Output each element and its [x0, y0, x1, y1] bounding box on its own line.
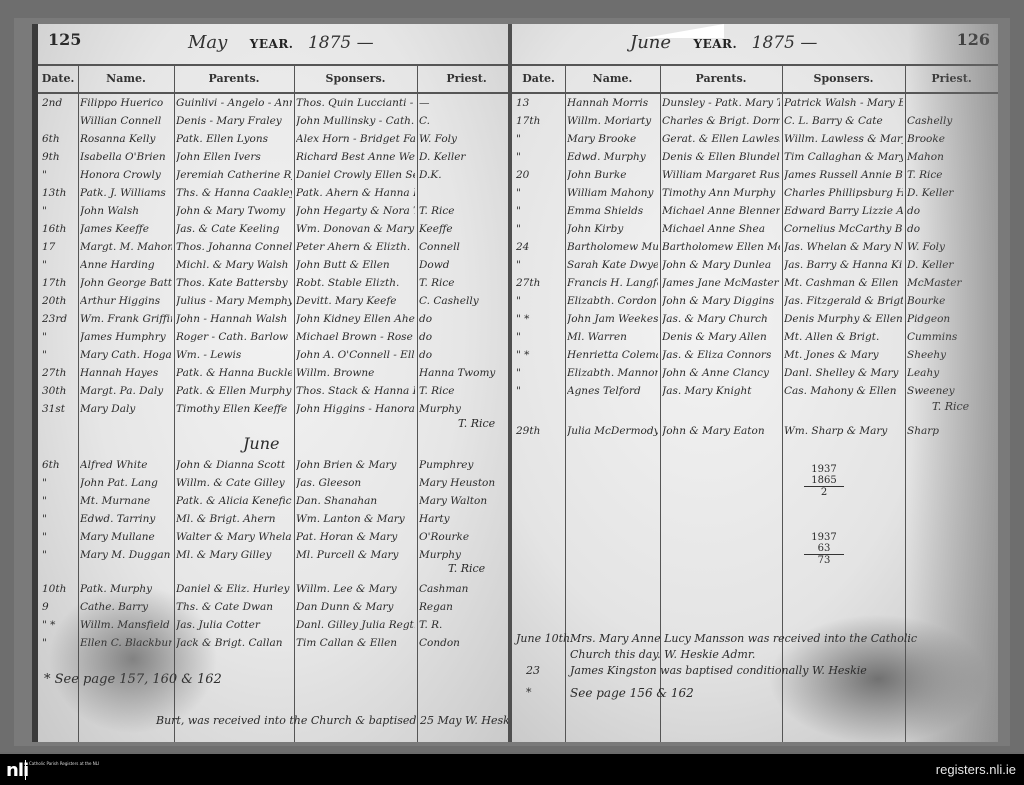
month-label: May [188, 32, 227, 53]
table-row: " John Walsh John & Mary Twomy John Hega… [38, 202, 516, 220]
sponsors-cell: John Higgins - Hanora [296, 400, 415, 418]
name-cell: Mary Cath. Hogan [80, 346, 172, 364]
table-row: " Edwd. Murphy Denis & Ellen Blundell Ti… [512, 148, 998, 166]
sponsors-cell: Robt. Stable Elizth. [296, 274, 415, 292]
date-cell: " [42, 528, 76, 546]
sponsors-cell: Daniel Crowly Ellen Sealy [296, 166, 415, 184]
name-cell: Ml. Warren [567, 328, 658, 346]
name-cell: Isabella O'Brien [80, 148, 172, 166]
date-cell: " [516, 328, 563, 346]
column-header-row: Date. Name. Parents. Sponsers. Priest. [38, 64, 516, 94]
priest-cell: D. Keller [419, 148, 514, 166]
date-cell: " * [42, 616, 76, 634]
note-text: James Kingston was baptised conditionall… [570, 664, 867, 677]
name-cell: Cathe. Barry [80, 598, 172, 616]
date-cell: 29th [516, 422, 563, 440]
priest-cell: Sweeney [907, 382, 996, 400]
parents-cell: Dunsley - Patk. Mary Terry [662, 94, 780, 112]
sponsors-cell: Patk. Ahern & Hanna Kelly [296, 184, 415, 202]
table-row: 13th Patk. J. Williams Ths. & Hanna Caak… [38, 184, 516, 202]
table-row: 2nd Filippo Huerico Guinlivi - Angelo - … [38, 94, 516, 112]
date-cell: 10th [42, 580, 76, 598]
sponsors-cell: Tim Callaghan & Mary [784, 148, 903, 166]
sponsors-cell: Dan Dunn & Mary [296, 598, 415, 616]
column-header-priest: Priest. [417, 66, 516, 92]
date-cell: " [42, 474, 76, 492]
table-row: 9 Cathe. Barry Ths. & Cate Dwan Dan Dunn… [38, 598, 516, 616]
logo-separator [25, 760, 26, 780]
parents-cell: Bartholomew Ellen McCarthy [662, 238, 780, 256]
date-cell: " [516, 382, 563, 400]
parents-cell: John & Mary Diggins [662, 292, 780, 310]
left-page: 125 May YEAR. 1875 — Date. Name. Parents… [32, 24, 516, 742]
parents-cell: Ths. & Hanna Caakley [176, 184, 292, 202]
parents-cell: Patk. & Ellen Murphy [176, 382, 292, 400]
table-row: 17th Willm. Moriarty Charles & Brigt. Do… [512, 112, 998, 130]
name-cell: Francis H. Langford [567, 274, 658, 292]
asterisk-mark: * [526, 686, 532, 699]
parents-cell: Ml. & Brigt. Ahern [176, 510, 292, 528]
sponsors-cell: Wm. Donovan & Mary [296, 220, 415, 238]
date-cell: " [42, 546, 76, 564]
priest-signature: T. Rice [458, 417, 495, 430]
name-cell: Alfred White [80, 456, 172, 474]
name-cell: Bartholomew Mulcahy [567, 238, 658, 256]
logo-subtitle: Catholic Parish Registers at the NLI [29, 761, 99, 766]
table-row: " Mary Brooke Gerat. & Ellen Lawless Wil… [512, 130, 998, 148]
date-cell: " * [516, 346, 563, 364]
name-cell: Henrietta Coleman [567, 346, 658, 364]
priest-cell: do [419, 346, 514, 364]
table-row: " Agnes Telford Jas. Mary Knight Cas. Ma… [512, 382, 998, 400]
calc-top: 1937 [804, 532, 844, 543]
date-cell: 2nd [42, 94, 76, 112]
table-row: 10th Patk. Murphy Daniel & Eliz. Hurley … [38, 580, 516, 598]
sponsors-cell: John Hegarty & Nora Twomy [296, 202, 415, 220]
priest-cell: Mahon [907, 148, 996, 166]
priest-cell: D. Keller [907, 256, 996, 274]
priest-cell: Cashman [419, 580, 514, 598]
parents-cell: John Ellen Ivers [176, 148, 292, 166]
name-cell: Ellen C. Blackburn [80, 634, 172, 652]
sponsors-cell: John Brien & Mary [296, 456, 415, 474]
date-cell: " [42, 634, 76, 652]
parents-cell: Jack & Brigt. Callan [176, 634, 292, 652]
parents-cell: Ths. & Cate Dwan [176, 598, 292, 616]
priest-cell: C. [419, 112, 514, 130]
date-cell: 13 [516, 94, 563, 112]
date-cell: 9th [42, 148, 76, 166]
date-cell: " [42, 328, 76, 346]
priest-cell: Bourke [907, 292, 996, 310]
reception-note: Burt, was received into the Church & bap… [156, 714, 516, 727]
date-cell: 9 [42, 598, 76, 616]
sponsors-cell: Peter Ahern & Elizth. [296, 238, 415, 256]
column-header-date: Date. [38, 66, 78, 92]
year-value: 1875 — [752, 33, 818, 53]
name-cell: Patk. J. Williams [80, 184, 172, 202]
sponsors-cell: Michael Brown - Rose Mulligan [296, 328, 415, 346]
priest-cell: W. Foly [907, 238, 996, 256]
priest-cell: Condon [419, 634, 514, 652]
parents-cell: Denis & Mary Allen [662, 328, 780, 346]
sponsors-cell: Denis Murphy & Ellen [784, 310, 903, 328]
sponsors-cell: Devitt. Mary Keefe [296, 292, 415, 310]
priest-cell: T. Rice [419, 202, 514, 220]
table-row: " Honora Crowly Jeremiah Catherine Ryan … [38, 166, 516, 184]
date-cell: 17 [42, 238, 76, 256]
name-cell: William Mahony [567, 184, 658, 202]
priest-cell: Leahy [907, 364, 996, 382]
table-row: " Edwd. Tarriny Ml. & Brigt. Ahern Wm. L… [38, 510, 516, 528]
priest-cell: Brooke [907, 130, 996, 148]
date-cell: " [516, 364, 563, 382]
priest-cell: T. Rice [907, 166, 996, 184]
table-row: " Mary Cath. Hogan Wm. - Lewis John A. O… [38, 346, 516, 364]
sponsors-cell: Jas. Gleeson [296, 474, 415, 492]
name-cell: John Jam Weekes [567, 310, 658, 328]
name-cell: Mary Mullane [80, 528, 172, 546]
name-cell: John Burke [567, 166, 658, 184]
calc-bottom: 73 [804, 555, 844, 566]
name-cell: Margt. Pa. Daly [80, 382, 172, 400]
parents-cell: Jas. & Eliza Connors [662, 346, 780, 364]
name-cell: Sarah Kate Dwyer [567, 256, 658, 274]
priest-cell: Hanna Twomy [419, 364, 514, 382]
priest-cell: do [907, 202, 996, 220]
table-row: " Emma Shields Michael Anne Blennerhasse… [512, 202, 998, 220]
table-row: 17 Margt. M. Mahon Thos. Johanna Connell… [38, 238, 516, 256]
priest-cell: O'Rourke [419, 528, 514, 546]
priest-cell: Dowd [419, 256, 514, 274]
priest-cell: T. Rice [419, 382, 514, 400]
name-cell: Mary M. Duggan [80, 546, 172, 564]
priest-cell: T. R. [419, 616, 514, 634]
date-cell: 27th [42, 364, 76, 382]
table-row: " Sarah Kate Dwyer John & Mary Dunlea Ja… [512, 256, 998, 274]
priest-cell: Regan [419, 598, 514, 616]
name-cell: Agnes Telford [567, 382, 658, 400]
sponsors-cell: C. L. Barry & Cate [784, 112, 903, 130]
margin-calculation: 1937 1865 2 [804, 464, 844, 498]
parents-cell: William Margaret Russell [662, 166, 780, 184]
calc-bottom: 2 [804, 487, 844, 498]
sponsors-cell: Willm. Browne [296, 364, 415, 382]
column-header-row: Date. Name. Parents. Sponsers. Priest. [512, 64, 998, 94]
parents-cell: Timothy Ellen Keeffe [176, 400, 292, 418]
date-cell: 17th [516, 112, 563, 130]
date-cell: 17th [42, 274, 76, 292]
column-header-date: Date. [512, 66, 565, 92]
priest-signature: T. Rice [932, 400, 969, 413]
column-header-name: Name. [565, 66, 660, 92]
parents-cell: John & Mary Twomy [176, 202, 292, 220]
table-row: 23rd Wm. Frank Griffin John - Hannah Wal… [38, 310, 516, 328]
table-row: 27th Hannah Hayes Patk. & Hanna Buckley … [38, 364, 516, 382]
sponsors-cell: Thos. Stack & Hanna Hanly [296, 382, 415, 400]
sponsors-cell: Willm. Lawless & Mary [784, 130, 903, 148]
column-header-sponsors: Sponsers. [294, 66, 417, 92]
date-cell [42, 112, 76, 130]
page-title: May YEAR. 1875 — [188, 32, 374, 53]
table-row: " James Humphry Roger - Cath. Barlow Mic… [38, 328, 516, 346]
register-book: 125 May YEAR. 1875 — Date. Name. Parents… [14, 18, 1010, 746]
parents-cell: John & Dianna Scott [176, 456, 292, 474]
name-cell: Patk. Murphy [80, 580, 172, 598]
priest-cell: McMaster [907, 274, 996, 292]
table-row: 16th James Keeffe Jas. & Cate Keeling Wm… [38, 220, 516, 238]
name-cell: Anne Harding [80, 256, 172, 274]
name-cell: Elizabth. Cordon [567, 292, 658, 310]
date-cell: " [516, 202, 563, 220]
priest-cell: Keeffe [419, 220, 514, 238]
priest-cell: do [419, 328, 514, 346]
sponsors-cell: Thos. Quin Luccianti - Philomena Guilk [296, 94, 415, 112]
calc-middle: 1865 [804, 475, 844, 487]
parents-cell: Jas. Julia Cotter [176, 616, 292, 634]
name-cell: Elizabth. Mannon [567, 364, 658, 382]
date-cell: " [42, 202, 76, 220]
priest-signature: T. Rice [448, 562, 485, 575]
sponsors-cell: Wm. Lanton & Mary [296, 510, 415, 528]
sponsors-cell: Jas. Whelan & Mary Nash [784, 238, 903, 256]
name-cell: Honora Crowly [80, 166, 172, 184]
name-cell: Mt. Murnane [80, 492, 172, 510]
table-row: 30th Margt. Pa. Daly Patk. & Ellen Murph… [38, 382, 516, 400]
note-date: June 10th [516, 632, 570, 645]
sponsors-cell: Pat. Horan & Mary [296, 528, 415, 546]
parents-cell: James Jane McMaster [662, 274, 780, 292]
name-cell: John Pat. Lang [80, 474, 172, 492]
table-row: " Elizabth. Cordon John & Mary Diggins J… [512, 292, 998, 310]
date-cell: 20 [516, 166, 563, 184]
name-cell: John Walsh [80, 202, 172, 220]
sponsors-cell: Danl. Gilley Julia Regt. [296, 616, 415, 634]
parents-cell: Charles & Brigt. Dorman [662, 112, 780, 130]
parents-cell: Timothy Ann Murphy [662, 184, 780, 202]
parents-cell: Jas. & Cate Keeling [176, 220, 292, 238]
table-row: " * Henrietta Coleman Jas. & Eliza Conno… [512, 346, 998, 364]
table-row: " * John Jam Weekes Jas. & Mary Church D… [512, 310, 998, 328]
section-heading-june: June [243, 434, 280, 453]
name-cell: Willm. Moriarty [567, 112, 658, 130]
parents-cell: John & Mary Dunlea [662, 256, 780, 274]
name-cell: John George Battersby Williams [80, 274, 172, 292]
parents-cell: Jas. Mary Knight [662, 382, 780, 400]
name-cell: Wm. Frank Griffin [80, 310, 172, 328]
parents-cell: Walter & Mary Whelan [176, 528, 292, 546]
table-row: 20 John Burke William Margaret Russell J… [512, 166, 998, 184]
parents-cell: Denis & Ellen Blundell [662, 148, 780, 166]
table-row: 20th Arthur Higgins Julius - Mary Memphy… [38, 292, 516, 310]
note-text: Mrs. Mary Anne Lucy Mansson was received… [570, 632, 917, 645]
sponsors-cell: John Butt & Ellen [296, 256, 415, 274]
sponsors-cell: Cas. Mahony & Ellen [784, 382, 903, 400]
sponsors-cell: Tim Callan & Ellen [296, 634, 415, 652]
priest-cell: Cummins [907, 328, 996, 346]
priest-cell: Cashelly [907, 112, 996, 130]
sponsors-cell: Mt. Jones & Mary [784, 346, 903, 364]
sponsors-cell: John A. O'Connell - Ellen O'Kelly [296, 346, 415, 364]
parents-cell: Michl. & Mary Walsh [176, 256, 292, 274]
parents-cell: Jas. & Mary Church [662, 310, 780, 328]
date-cell: 24 [516, 238, 563, 256]
date-cell: " [42, 256, 76, 274]
calc-top: 1937 [804, 464, 844, 475]
name-cell: Arthur Higgins [80, 292, 172, 310]
parents-cell: Jeremiah Catherine Ryan [176, 166, 292, 184]
sponsors-cell: Danl. Shelley & Mary [784, 364, 903, 382]
sponsors-cell: Mt. Allen & Brigt. [784, 328, 903, 346]
parents-cell: Guinlivi - Angelo - Anna [176, 94, 292, 112]
date-cell: 16th [42, 220, 76, 238]
sponsors-cell: Wm. Sharp & Mary [784, 422, 903, 440]
parents-cell: Thos. Johanna Connell [176, 238, 292, 256]
date-cell: " * [516, 310, 563, 328]
name-cell: Willm. Mansfield [80, 616, 172, 634]
name-cell: Rosanna Kelly [80, 130, 172, 148]
table-row: 24 Bartholomew Mulcahy Bartholomew Ellen… [512, 238, 998, 256]
date-cell: " [516, 130, 563, 148]
sponsors-cell: Richard Best Anne Weldon [296, 148, 415, 166]
date-cell: 30th [42, 382, 76, 400]
date-cell: " [516, 184, 563, 202]
table-row: " John Kirby Michael Anne Shea Cornelius… [512, 220, 998, 238]
priest-cell: Sheehy [907, 346, 996, 364]
table-row: 27th Francis H. Langford James Jane McMa… [512, 274, 998, 292]
name-cell: Emma Shields [567, 202, 658, 220]
priest-cell: C. Cashelly [419, 292, 514, 310]
note-text: See page 156 & 162 [570, 686, 694, 700]
column-header-parents: Parents. [660, 66, 782, 92]
parents-cell: Daniel & Eliz. Hurley [176, 580, 292, 598]
parents-cell: Gerat. & Ellen Lawless [662, 130, 780, 148]
page-number: 126 [957, 30, 990, 49]
table-row: 29th Julia McDermody John & Mary Eaton W… [512, 422, 998, 440]
name-cell: Edwd. Tarriny [80, 510, 172, 528]
page-tear [644, 24, 724, 38]
priest-cell [907, 94, 996, 112]
parents-cell: Patk. Ellen Lyons [176, 130, 292, 148]
name-cell: Edwd. Murphy [567, 148, 658, 166]
parents-cell: Willm. & Cate Gilley [176, 474, 292, 492]
priest-cell: do [419, 310, 514, 328]
table-row: " Ml. Warren Denis & Mary Allen Mt. Alle… [512, 328, 998, 346]
footer-bar: nli Catholic Parish Registers at the NLI… [0, 754, 1024, 785]
table-row: 17th John George Battersby Williams Thos… [38, 274, 516, 292]
table-row: " Elizabth. Mannon John & Anne Clancy Da… [512, 364, 998, 382]
sponsors-cell: John Kidney Ellen Aherne [296, 310, 415, 328]
name-cell: Hannah Hayes [80, 364, 172, 382]
sponsors-cell: Jas. Barry & Hanna King [784, 256, 903, 274]
column-header-name: Name. [78, 66, 174, 92]
table-row: " Mary Mullane Walter & Mary Whelan Pat.… [38, 528, 516, 546]
name-cell: Mary Brooke [567, 130, 658, 148]
date-cell: " [516, 256, 563, 274]
name-cell: Hannah Morris [567, 94, 658, 112]
priest-cell: Pidgeon [907, 310, 996, 328]
sponsors-cell: John Mullinsky - Cath. Walsh [296, 112, 415, 130]
sponsors-cell: Ml. Purcell & Mary [296, 546, 415, 564]
date-cell: " [42, 166, 76, 184]
sponsors-cell: Mt. Cashman & Ellen [784, 274, 903, 292]
date-cell: 13th [42, 184, 76, 202]
priest-cell: D. Keller [907, 184, 996, 202]
column-header-parents: Parents. [174, 66, 294, 92]
document-viewer: 125 May YEAR. 1875 — Date. Name. Parents… [0, 0, 1024, 752]
sponsors-cell: Willm. Lee & Mary [296, 580, 415, 598]
table-row: " Mary M. Duggan Ml. & Mary Gilley Ml. P… [38, 546, 516, 564]
table-row: " * Willm. Mansfield Jas. Julia Cotter D… [38, 616, 516, 634]
sponsors-cell: Edward Barry Lizzie Ahern [784, 202, 903, 220]
parents-cell: Michael Anne Blennerhassett [662, 202, 780, 220]
priest-cell: — [419, 94, 514, 112]
table-row: 13 Hannah Morris Dunsley - Patk. Mary Te… [512, 94, 998, 112]
parents-cell: Thos. Kate Battersby [176, 274, 292, 292]
date-cell: 23rd [42, 310, 76, 328]
parents-cell: Michael Anne Shea [662, 220, 780, 238]
column-header-sponsors: Sponsers. [782, 66, 905, 92]
priest-cell: Mary Walton [419, 492, 514, 510]
parents-cell: Patk. & Alicia Kenefick [176, 492, 292, 510]
date-cell: " [516, 148, 563, 166]
parents-cell: Patk. & Hanna Buckley [176, 364, 292, 382]
site-link[interactable]: registers.nli.ie [936, 762, 1016, 777]
name-cell: Willian Connell [80, 112, 172, 130]
priest-cell: W. Foly [419, 130, 514, 148]
date-cell: " [42, 510, 76, 528]
parents-cell: John - Hannah Walsh [176, 310, 292, 328]
name-cell: Margt. M. Mahon [80, 238, 172, 256]
priest-cell: T. Rice [419, 274, 514, 292]
table-row: " William Mahony Timothy Ann Murphy Char… [512, 184, 998, 202]
table-row: 31st Mary Daly Timothy Ellen Keeffe John… [38, 400, 516, 418]
priest-cell: Connell [419, 238, 514, 256]
page-number: 125 [48, 30, 81, 49]
note-date: 23 [526, 664, 540, 677]
priest-cell: Pumphrey [419, 456, 514, 474]
date-cell: 6th [42, 456, 76, 474]
year-label: YEAR. [250, 37, 294, 51]
see-page-note: * See page 157, 160 & 162 [44, 672, 222, 687]
date-cell: " [42, 492, 76, 510]
parents-cell: Wm. - Lewis [176, 346, 292, 364]
date-cell: 31st [42, 400, 76, 418]
table-row: 6th Alfred White John & Dianna Scott Joh… [38, 456, 516, 474]
date-cell: " [42, 346, 76, 364]
priest-cell: Mary Heuston [419, 474, 514, 492]
sponsors-cell: James Russell Annie Burke [784, 166, 903, 184]
sponsors-cell: Jas. Fitzgerald & Brigt. [784, 292, 903, 310]
right-page: 126 June YEAR. 1875 — Date. Name. Parent… [512, 24, 998, 742]
priest-cell: Murphy [419, 400, 514, 418]
date-cell: " [516, 220, 563, 238]
date-cell: 6th [42, 130, 76, 148]
name-cell: Mary Daly [80, 400, 172, 418]
name-cell: Filippo Huerico [80, 94, 172, 112]
parents-cell: Roger - Cath. Barlow [176, 328, 292, 346]
table-row: " John Pat. Lang Willm. & Cate Gilley Ja… [38, 474, 516, 492]
date-cell: 20th [42, 292, 76, 310]
sponsors-cell: Alex Horn - Bridget Fahy [296, 130, 415, 148]
priest-cell: do [907, 220, 996, 238]
sponsors-cell: Cornelius McCarthy Bessie Brennan [784, 220, 903, 238]
name-cell: Julia McDermody [567, 422, 658, 440]
priest-cell: Harty [419, 510, 514, 528]
parents-cell: Denis - Mary Fraley [176, 112, 292, 130]
table-row: 9th Isabella O'Brien John Ellen Ivers Ri… [38, 148, 516, 166]
table-row: Willian Connell Denis - Mary Fraley John… [38, 112, 516, 130]
